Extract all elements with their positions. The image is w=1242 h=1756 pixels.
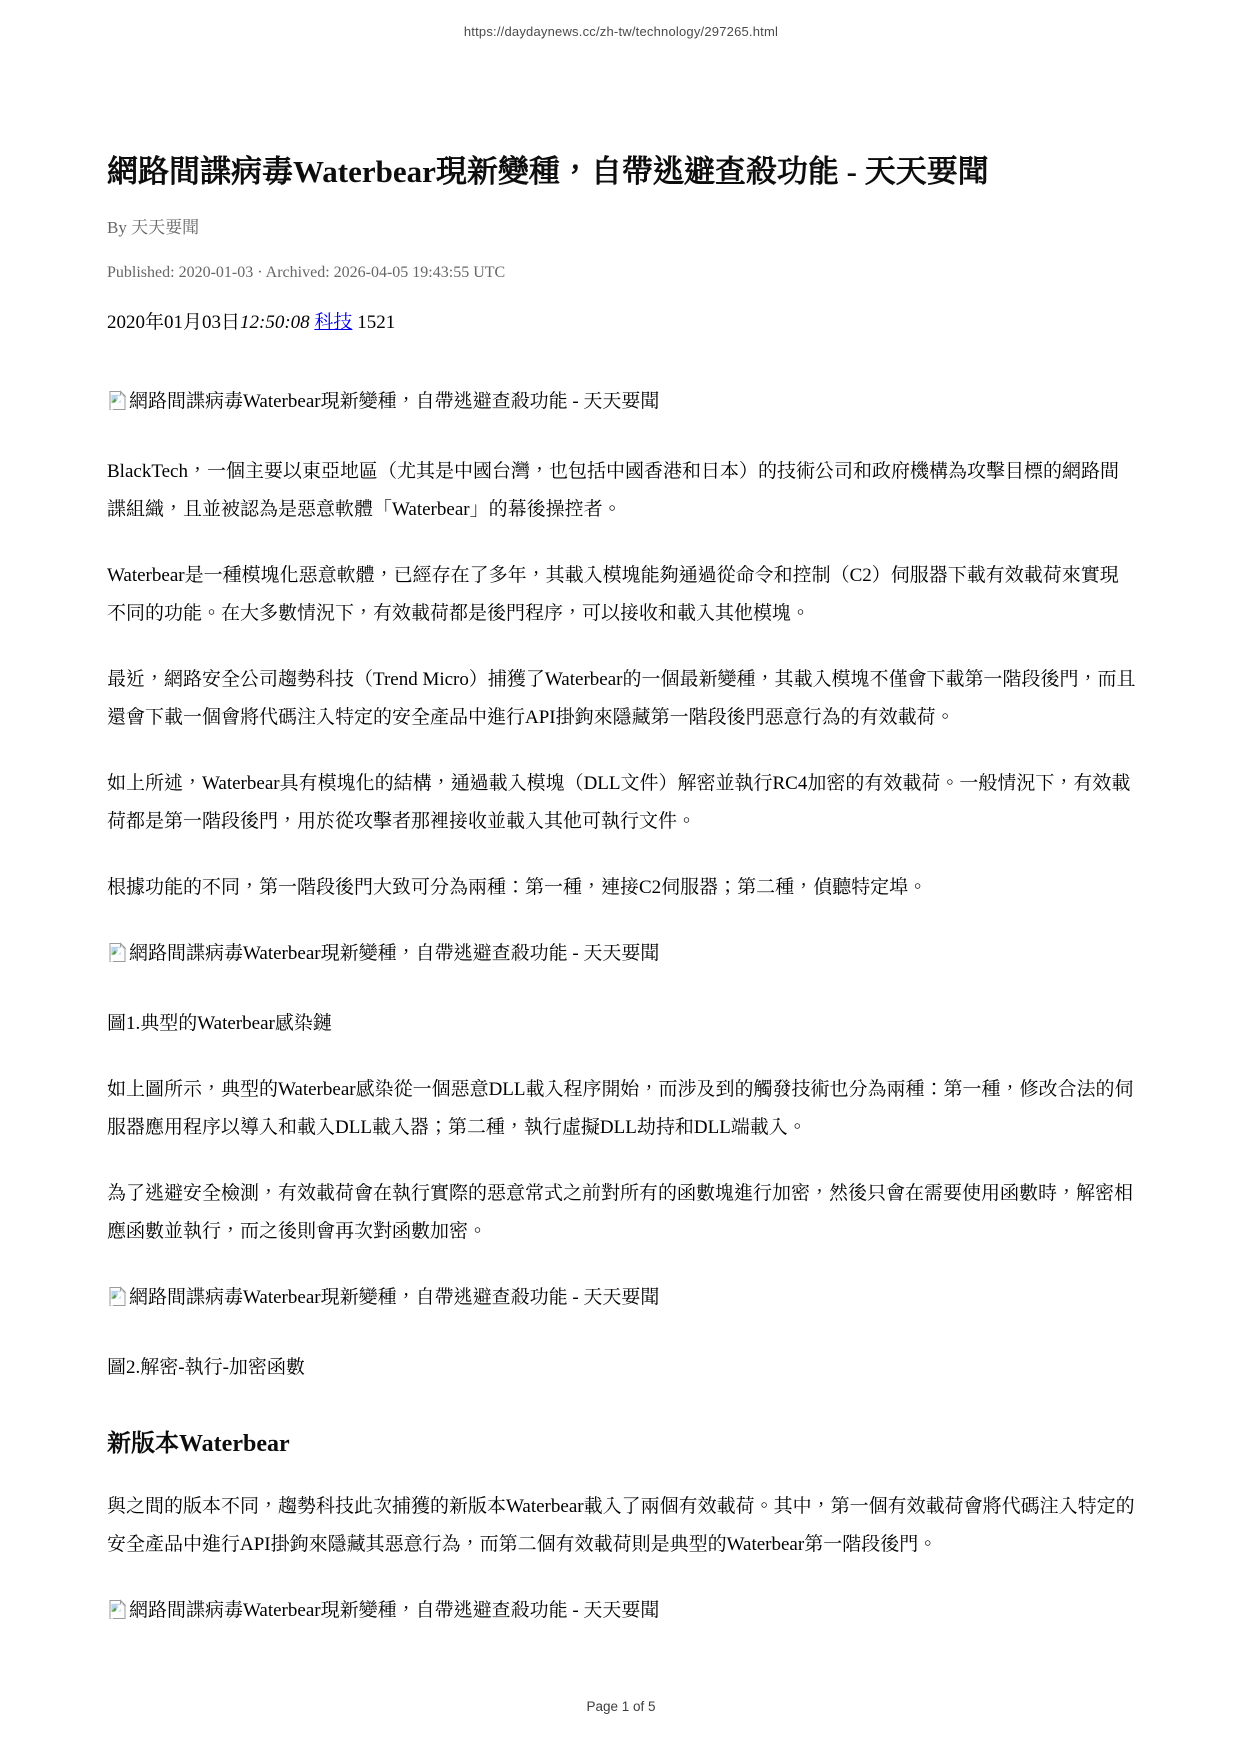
article-body: 網路間諜病毒Waterbear現新變種，自帶逃避查殺功能 - 天天要聞 By 天… xyxy=(0,0,1242,1634)
paragraph: 如上圖所示，典型的Waterbear感染從一個惡意DLL載入程序開始，而涉及到的… xyxy=(107,1071,1137,1147)
paragraph: 如上所述，Waterbear具有模塊化的結構，通過載入模塊（DLL文件）解密並執… xyxy=(107,765,1137,841)
image-alt-text: 網路間諜病毒Waterbear現新變種，自帶逃避查殺功能 - 天天要聞 xyxy=(129,943,659,964)
figure1-caption: 圖1.典型的Waterbear感染鏈 xyxy=(107,1005,1137,1043)
broken-image-icon xyxy=(107,1596,128,1634)
figure2-caption: 圖2.解密-執行-加密函數 xyxy=(107,1349,1137,1387)
broken-image-icon xyxy=(107,939,128,977)
print-header-url: https://daydaynews.cc/zh-tw/technology/2… xyxy=(0,24,1242,39)
published-archived-line: Published: 2020-01-03 · Archived: 2026-0… xyxy=(107,262,1137,284)
page-title: 網路間諜病毒Waterbear現新變種，自帶逃避查殺功能 - 天天要聞 xyxy=(107,152,1137,192)
image-alt-text: 網路間諜病毒Waterbear現新變種，自帶逃避查殺功能 - 天天要聞 xyxy=(129,1600,659,1621)
broken-image-line: 網路間諜病毒Waterbear現新變種，自帶逃避查殺功能 - 天天要聞 xyxy=(107,383,1137,425)
view-count: 1521 xyxy=(357,312,395,333)
paragraph: Waterbear是一種模塊化惡意軟體，已經存在了多年，其載入模塊能夠通過從命令… xyxy=(107,557,1137,633)
paragraph: 最近，網路安全公司趨勢科技（Trend Micro）捕獲了Waterbear的一… xyxy=(107,661,1137,737)
byline: By 天天要聞 xyxy=(107,216,1137,240)
dateline: 2020年01月03日12:50:08 科技 1521 xyxy=(107,310,1137,337)
broken-image-line: 網路間諜病毒Waterbear現新變種，自帶逃避查殺功能 - 天天要聞 xyxy=(107,1592,1137,1634)
paragraph: 為了逃避安全檢測，有效載荷會在執行實際的惡意常式之前對所有的函數塊進行加密，然後… xyxy=(107,1175,1137,1251)
paragraph: 根據功能的不同，第一階段後門大致可分為兩種：第一種，連接C2伺服器；第二種，偵聽… xyxy=(107,869,1137,907)
image-alt-text: 網路間諜病毒Waterbear現新變種，自帶逃避查殺功能 - 天天要聞 xyxy=(129,391,659,412)
publish-date: 2020年01月03日 xyxy=(107,312,240,333)
section-heading: 新版本Waterbear xyxy=(107,1429,1137,1460)
broken-image-icon xyxy=(107,387,128,425)
paragraph: 與之間的版本不同，趨勢科技此次捕獲的新版本Waterbear載入了兩個有效載荷。… xyxy=(107,1488,1137,1564)
publish-time: 12:50:08 xyxy=(240,312,310,333)
broken-image-icon xyxy=(107,1283,128,1321)
broken-image-line: 網路間諜病毒Waterbear現新變種，自帶逃避查殺功能 - 天天要聞 xyxy=(107,935,1137,977)
page-number: Page 1 of 5 xyxy=(0,1699,1242,1714)
broken-image-line: 網路間諜病毒Waterbear現新變種，自帶逃避查殺功能 - 天天要聞 xyxy=(107,1279,1137,1321)
category-link[interactable]: 科技 xyxy=(314,312,352,333)
image-alt-text: 網路間諜病毒Waterbear現新變種，自帶逃避查殺功能 - 天天要聞 xyxy=(129,1287,659,1308)
paragraph: BlackTech，一個主要以東亞地區（尤其是中國台灣，也包括中國香港和日本）的… xyxy=(107,453,1137,529)
